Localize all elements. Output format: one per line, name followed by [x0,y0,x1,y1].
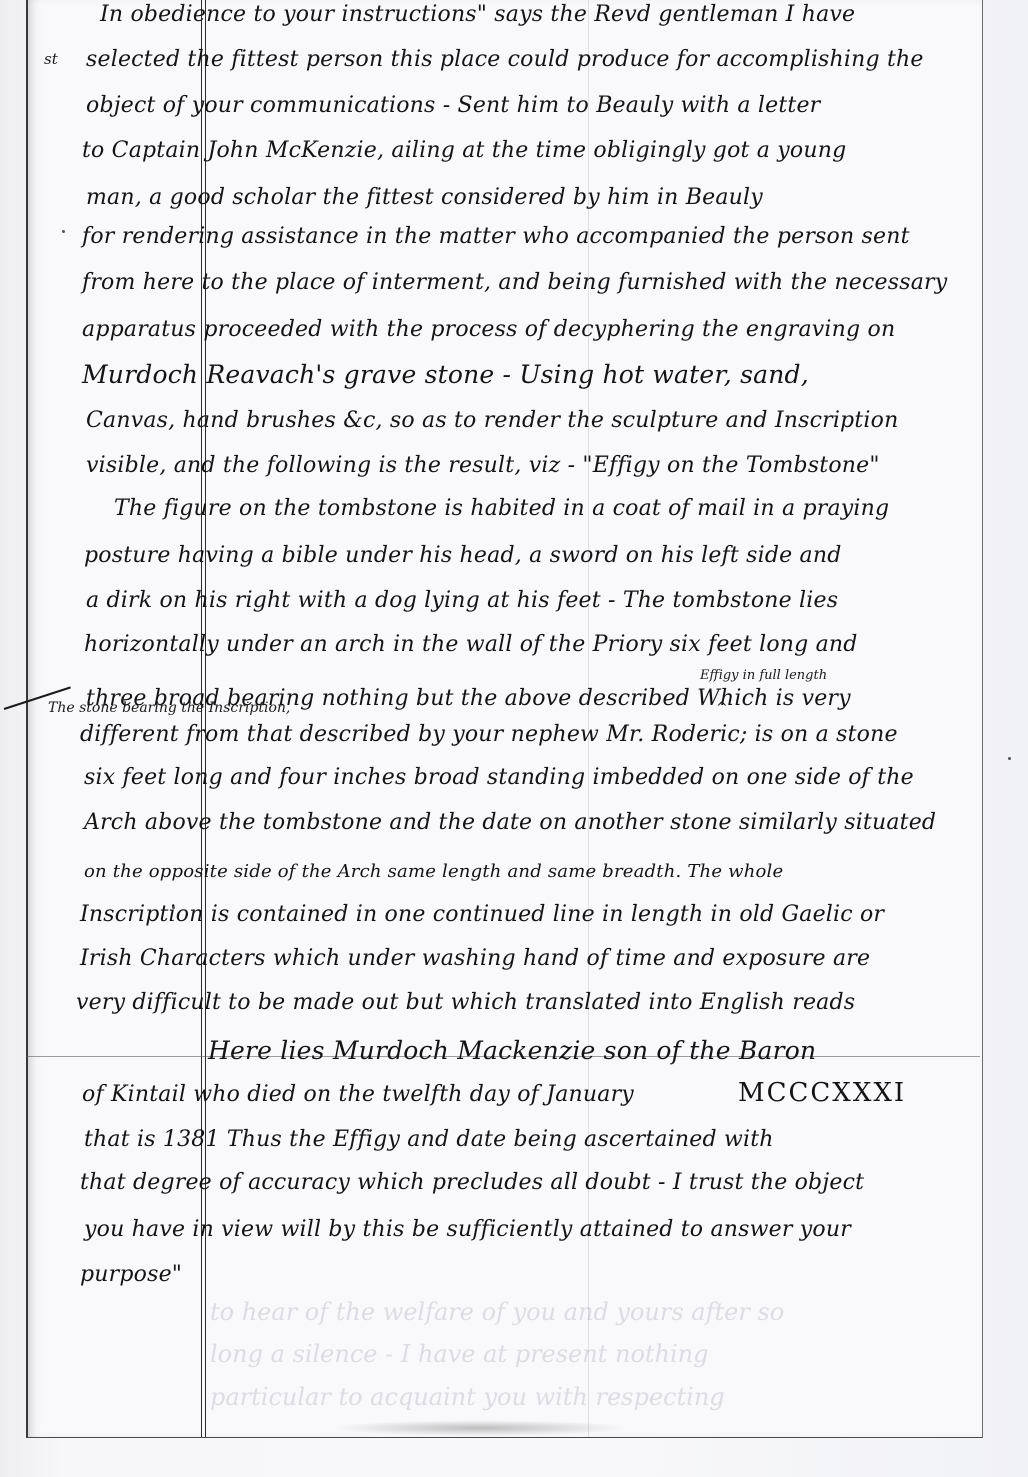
text-line-1: In obedience to your instructions" says … [100,2,855,27]
text-line-17: different from that described by your ne… [80,722,898,747]
text-line-29: purpose" [80,1262,182,1287]
text-line-10: Canvas, hand brushes &c, so as to render… [86,408,898,433]
text-line-8: apparatus proceeded with the process of … [82,317,895,342]
bleed-through-line: particular to acquaint you with respecti… [210,1383,725,1411]
text-line-2: selected the fittest person this place c… [86,47,924,72]
text-line-15: horizontally under an arch in the wall o… [84,632,858,657]
bleed-through-line: to hear of the welfare of you and yours … [210,1298,784,1326]
insertion-stone-inscription: The stone bearing the Inscription, [48,700,290,716]
inscription-line-2: of Kintail who died on the twelfth day o… [82,1082,634,1107]
bleed-through-line: long a silence - I have at present nothi… [210,1340,709,1368]
text-line-12: The figure on the tombstone is habited i… [114,496,889,521]
insertion-effigy-full-length: Effigy in full length [700,668,827,683]
text-line-7: from here to the place of interment, and… [82,270,947,295]
text-line-21: Inscription is contained in one continue… [80,902,884,927]
margin-mark: st [44,50,58,68]
text-line-11: visible, and the following is the result… [86,453,880,478]
text-line-22: Irish Characters which under washing han… [80,946,870,971]
text-line-4: to Captain John McKenzie, ailing at the … [82,138,846,163]
text-line-18: six feet long and four inches broad stan… [84,765,914,790]
insertion-caret: ^ [716,700,728,716]
text-line-26: that is 1381 Thus the Effigy and date be… [84,1127,774,1152]
inscription-line-1: Here lies Murdoch Mackenzie son of the B… [208,1036,816,1065]
text-line-3: object of your communications - Sent him… [86,93,820,118]
text-line-5: man, a good scholar the fittest consider… [86,185,763,210]
paper-speck [62,230,65,233]
text-line-19: Arch above the tombstone and the date on… [84,810,936,835]
text-line-6: for rendering assistance in the matter w… [82,224,910,249]
text-line-14: a dirk on his right with a dog lying at … [86,588,838,613]
scanned-page: to hear of the welfare of you and yours … [0,0,1028,1477]
text-line-9: Murdoch Reavach's grave stone - Using ho… [82,360,809,389]
paper-speck [1008,757,1011,760]
text-line-20: on the opposite side of the Arch same le… [84,861,783,882]
roman-numeral-date: MCCCXXXI [738,1078,906,1108]
text-line-13: posture having a bible under his head, a… [84,543,842,568]
text-line-23: very difficult to be made out but which … [76,990,855,1015]
text-line-28: you have in view will by this be suffici… [84,1217,851,1242]
photocopy-smudge [330,1420,630,1436]
text-line-27: that degree of accuracy which precludes … [80,1170,864,1195]
